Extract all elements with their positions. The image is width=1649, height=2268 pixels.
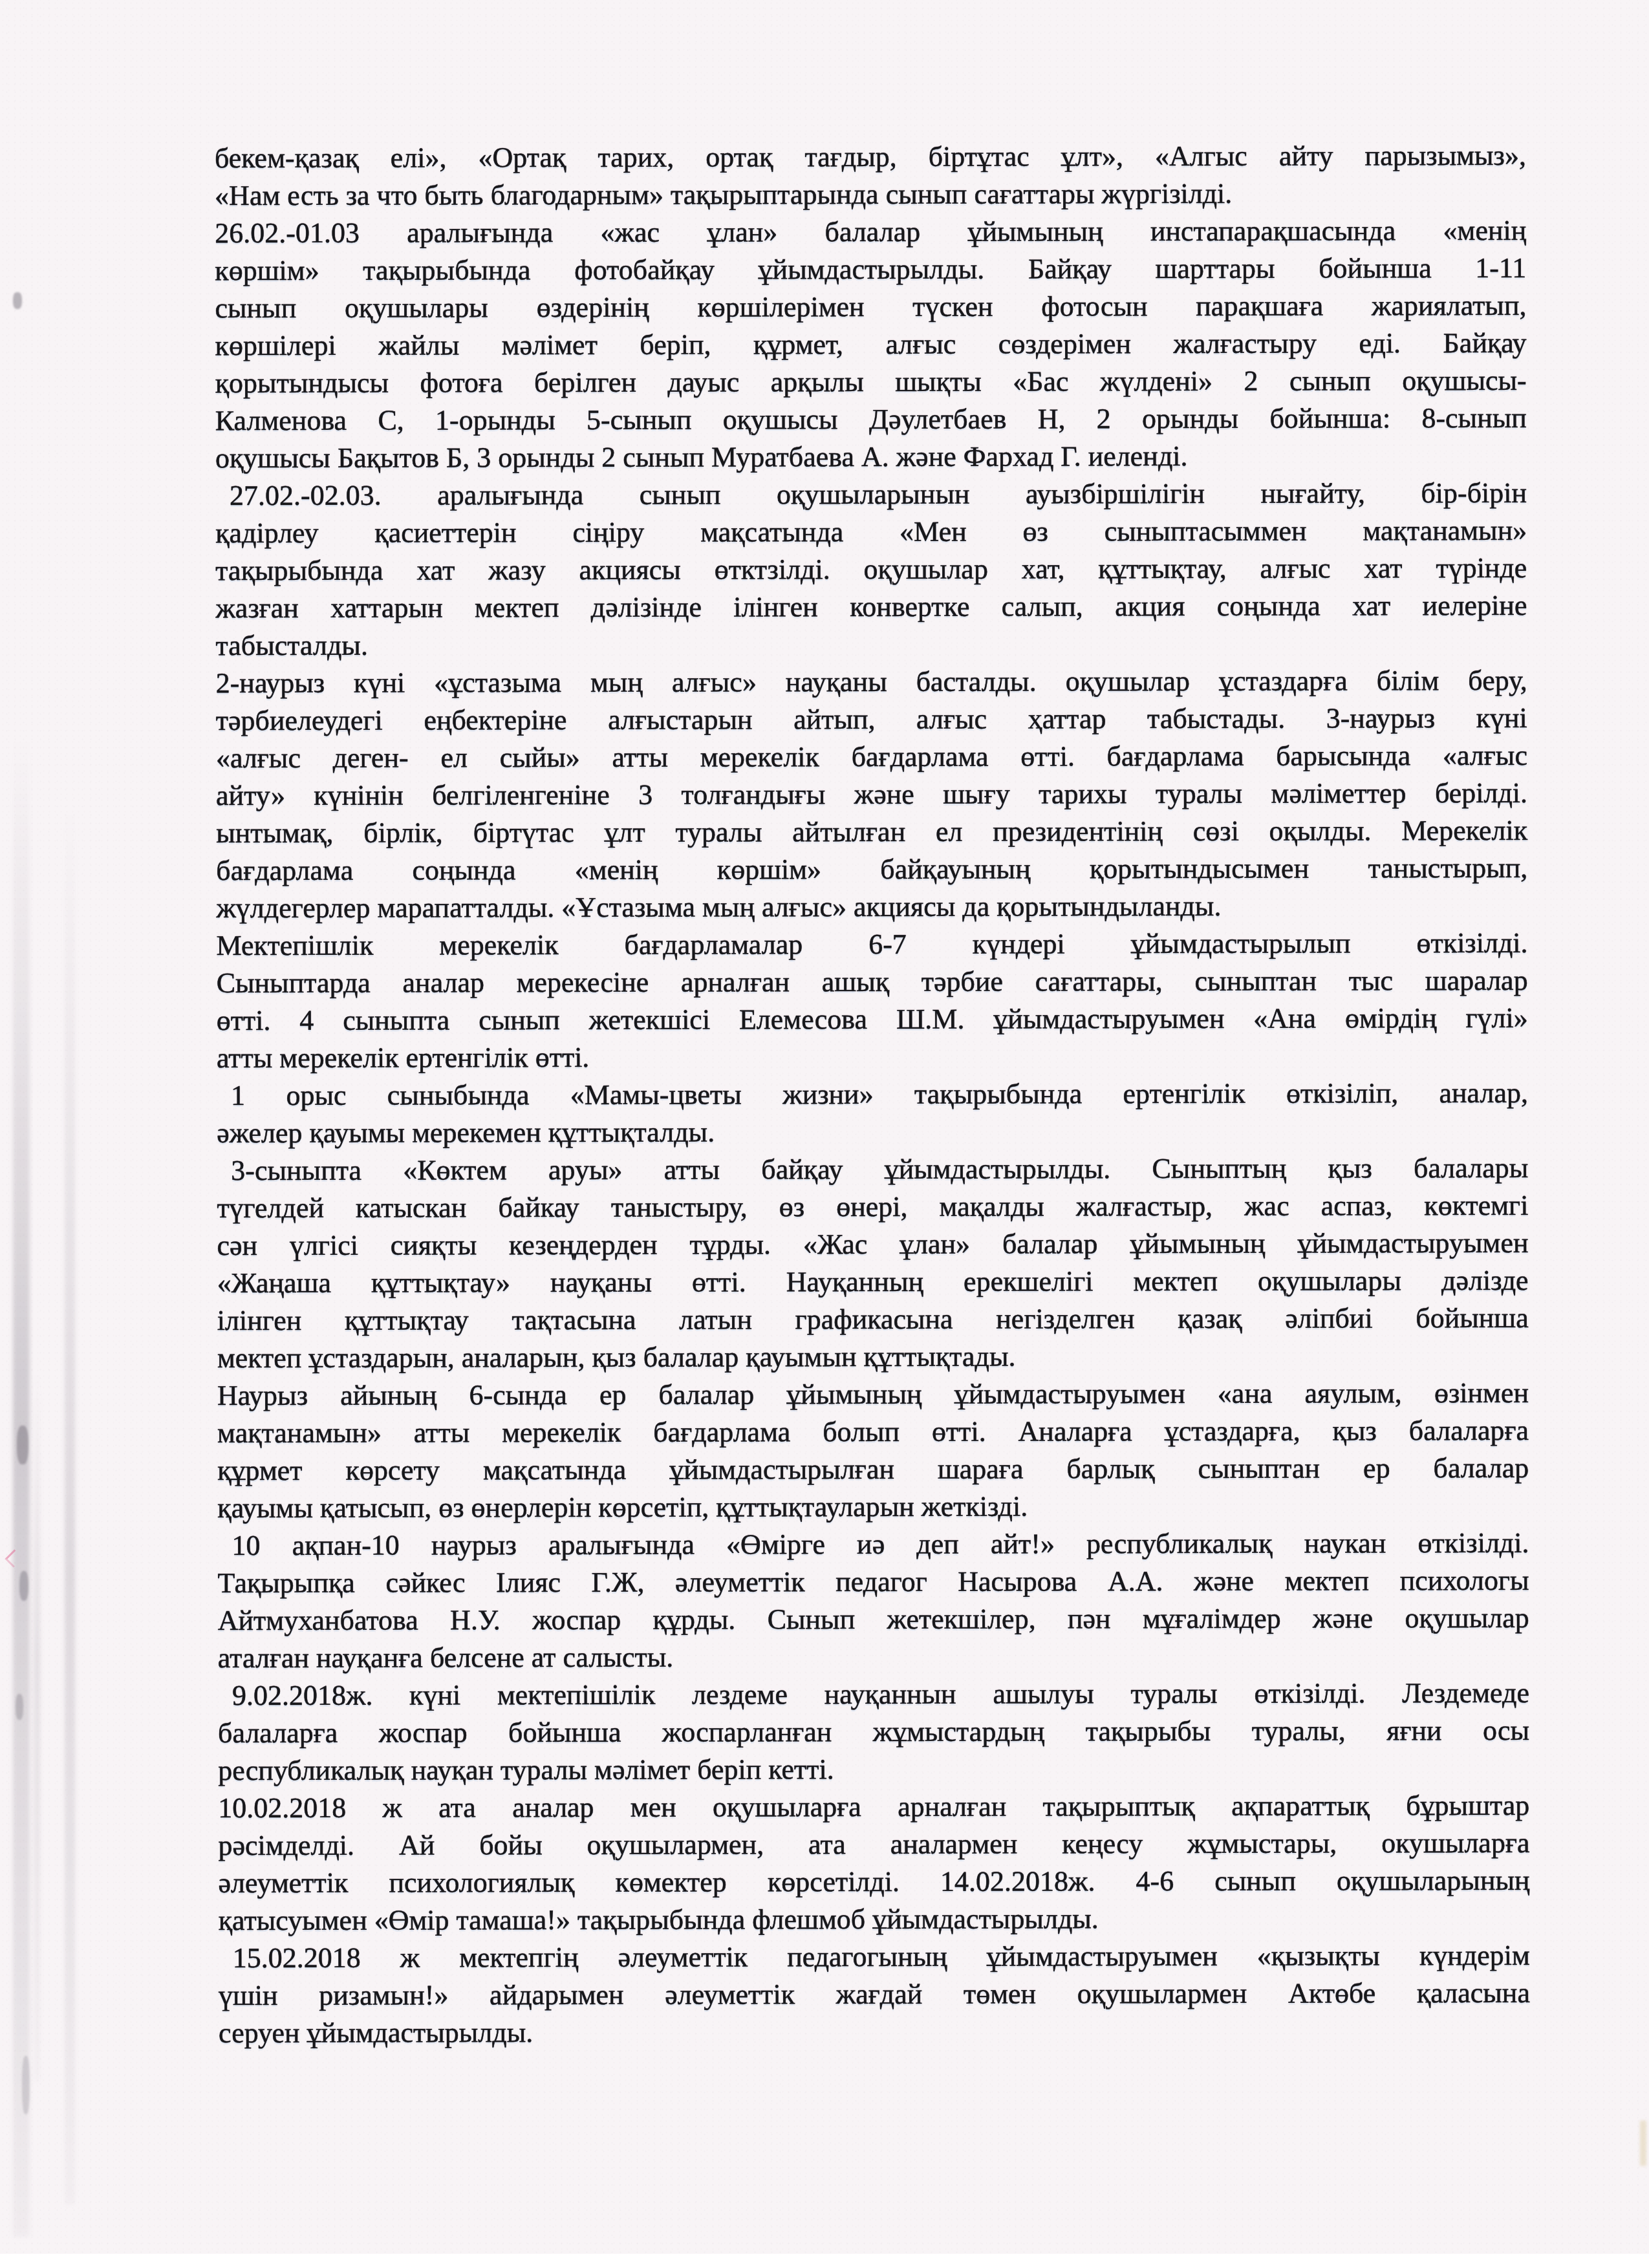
- scan-streak-artifact: [13, 737, 30, 2237]
- paragraph: 2-наурыз күні «ұстазыма мың алғыс» науқа…: [216, 662, 1528, 927]
- text-line: оқушысы Бақытов Б, 3 орынды 2 сынып Мура…: [215, 437, 1527, 477]
- text-line: мақтанамын» атты мерекелік бағдарлама бо…: [217, 1412, 1529, 1452]
- text-line: Айтмуханбатова Н.У. жоспар құрды. Сынып …: [218, 1599, 1529, 1640]
- text-line: 15.02.2018 ж мектепгің әлеуметтік педаго…: [219, 1937, 1530, 1977]
- text-line: көршілері жайлы мәлімет беріп, құрмет, а…: [215, 325, 1527, 365]
- text-line: аталған науқанға белсене ат салысты.: [218, 1637, 1529, 1677]
- scan-smudge-artifact: [17, 1426, 28, 1464]
- scanned-document-page: бекем-қазақ елі», «Ортақ тарих, ортақ та…: [0, 0, 1649, 2268]
- text-line: мектеп ұстаздарын, аналарын, қыз балалар…: [217, 1337, 1529, 1377]
- scan-smudge-artifact: [22, 2056, 30, 2114]
- text-line: бағдарлама соңында «менің көршім» байқау…: [216, 850, 1527, 890]
- document-body: бекем-қазақ елі», «Ортақ тарих, ортақ та…: [215, 137, 1530, 2052]
- text-line: 1 орыс сыныбында «Мамы-цветы жизни» тақы…: [217, 1075, 1528, 1115]
- text-line: 2-наурыз күні «ұстазыма мың алғыс» науқа…: [216, 662, 1527, 702]
- text-line: қорытындысы фотоға берілген дауыс арқылы…: [215, 362, 1527, 402]
- text-line: рәсімделді. Ай бойы оқушылармен, ата ана…: [218, 1824, 1529, 1865]
- text-line: республикалық науқан туралы мәлімет бері…: [218, 1749, 1529, 1790]
- scan-streak-artifact: [34, 1371, 40, 2082]
- paragraph: 10 ақпан-10 наурыз аралығында «Өмірге иә…: [217, 1524, 1529, 1677]
- text-line: өтті. 4 сыныпта сынып жетекшісі Елемесов…: [217, 1000, 1528, 1040]
- scanner-edge: [0, 2254, 1649, 2268]
- scan-smudge-artifact: [13, 292, 22, 309]
- text-line: «Нам есть за что быть благодарным» тақыр…: [215, 175, 1526, 215]
- text-line: бекем-қазақ елі», «Ортақ тарих, ортақ та…: [215, 137, 1526, 177]
- text-line: ілінген құттықтау тақтасына латын график…: [217, 1300, 1529, 1340]
- text-line: Сыныптарда аналар мерекесіне арналған аш…: [217, 962, 1528, 1002]
- text-line: қатысуымен «Өмір тамаша!» тақырыбында фл…: [219, 1899, 1530, 1940]
- paragraph: 3-сыныпта «Көктем аруы» атты байқау ұйым…: [217, 1150, 1529, 1377]
- text-line: 10 ақпан-10 наурыз аралығында «Өмірге иә…: [217, 1524, 1529, 1565]
- text-line: 27.02.-02.03. аралығында сынып оқушылары…: [215, 475, 1527, 515]
- paragraph: 10.02.2018 ж ата аналар мен оқушыларға а…: [218, 1787, 1529, 1940]
- text-line: қадірлеу қасиеттерін сіңіру мақсатында «…: [215, 512, 1527, 552]
- paragraph: бекем-қазақ елі», «Ортақ тарих, ортақ та…: [215, 137, 1526, 215]
- paragraph: 26.02.-01.03 аралығында «жас ұлан» балал…: [215, 212, 1527, 477]
- text-line: айту» күнінін белгіленгеніне 3 толғандығ…: [216, 775, 1527, 815]
- paragraph: Мектепішлік мерекелік бағдарламалар 6-7 …: [216, 925, 1527, 1077]
- text-line: «Жаңаша құттықтау» науқаны өтті. Науқанн…: [217, 1262, 1529, 1302]
- text-line: Тақырыпқа сәйкес Ілияс Г.Ж, әлеуметтік п…: [218, 1562, 1529, 1602]
- text-line: Калменова С, 1-орынды 5-сынып оқушысы Дә…: [215, 400, 1527, 440]
- text-line: әлеуметтік психологиялық көмектер көрсет…: [218, 1862, 1529, 1902]
- text-line: Мектепішлік мерекелік бағдарламалар 6-7 …: [216, 925, 1527, 965]
- text-line: қауымы қатысып, өз өнерлерін көрсетіп, қ…: [217, 1487, 1529, 1527]
- scan-smudge-artifact: [19, 1571, 28, 1601]
- paragraph: 27.02.-02.03. аралығында сынып оқушылары…: [215, 475, 1527, 665]
- text-line: 26.02.-01.03 аралығында «жас ұлан» балал…: [215, 212, 1526, 252]
- text-line: құрмет көрсету мақсатында ұйымдастырылға…: [217, 1450, 1529, 1490]
- text-line: сән үлгісі сияқты кезеңдерден тұрды. «Жа…: [217, 1225, 1528, 1265]
- text-line: атты мерекелік ертенгілік өтті.: [217, 1037, 1528, 1077]
- text-line: түгелдей катыскан байкау таныстыру, өз ө…: [217, 1187, 1528, 1227]
- text-line: Наурыз айының 6-сында ер балалар ұйымыны…: [217, 1375, 1529, 1415]
- scan-fleck-artifact: [1640, 2121, 1646, 2166]
- text-line: серуен ұйымдастырылды.: [219, 2012, 1530, 2052]
- scan-smudge-artifact: [16, 1694, 23, 1720]
- text-line: балаларға жоспар бойынша жоспарланған жұ…: [218, 1712, 1529, 1752]
- text-line: табысталды.: [215, 625, 1527, 665]
- text-line: 10.02.2018 ж ата аналар мен оқушыларға а…: [218, 1787, 1529, 1827]
- text-line: «алғыс деген- ел сыйы» атты мерекелік ба…: [216, 737, 1527, 777]
- text-line: тақырыбында хат жазу акциясы өтктзілді. …: [215, 550, 1527, 590]
- paragraph: Наурыз айының 6-сында ер балалар ұйымыны…: [217, 1375, 1529, 1527]
- scan-streak-artifact: [65, 808, 75, 2205]
- text-line: ынтымақ, бірлік, біртүтас ұлт туралы айт…: [216, 812, 1527, 852]
- text-line: әжелер қауымы мерекемен құттықталды.: [217, 1112, 1528, 1152]
- text-line: сынып оқушылары өздерінің көршілерімен т…: [215, 287, 1526, 327]
- pink-pen-mark-artifact: [5, 1549, 23, 1567]
- paragraph: 1 орыс сыныбында «Мамы-цветы жизни» тақы…: [217, 1075, 1528, 1152]
- text-line: көршім» тақырыбында фотобайқау ұйымдасты…: [215, 250, 1526, 290]
- text-line: 3-сыныпта «Көктем аруы» атты байқау ұйым…: [217, 1150, 1528, 1190]
- text-line: тәрбиелеудегі еңбектеріне алғыстарын айт…: [216, 700, 1527, 740]
- paragraph: 9.02.2018ж. күні мектепішілік лездеме на…: [218, 1674, 1529, 1790]
- text-line: жазған хаттарын мектеп дәлізінде ілінген…: [215, 587, 1527, 627]
- text-line: үшін ризамын!» айдарымен әлеуметтік жағд…: [219, 1974, 1530, 2015]
- text-line: жүлдегерлер марапатталды. «Ұстазыма мың …: [216, 887, 1527, 927]
- paragraph: 15.02.2018 ж мектепгің әлеуметтік педаго…: [219, 1937, 1530, 2052]
- text-line: 9.02.2018ж. күні мектепішілік лездеме на…: [218, 1674, 1529, 1715]
